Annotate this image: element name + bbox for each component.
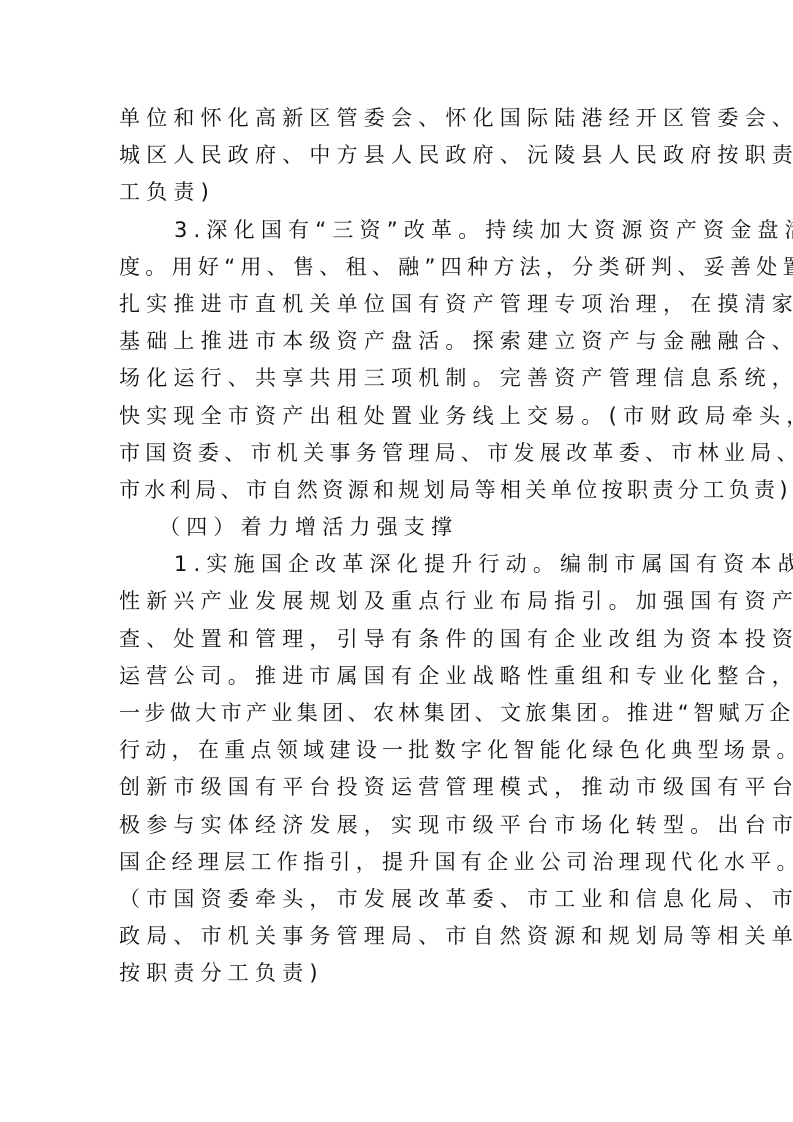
text-line: 基础上推进市本级资产盘活。探索建立资产与金融融合、市 bbox=[119, 323, 675, 360]
text-line: 运营公司。推进市属国有企业战略性重组和专业化整合，进 bbox=[119, 658, 675, 695]
text-line: 度。用好“用、售、租、融”四种方法，分类研判、妥善处置。 bbox=[119, 249, 675, 286]
text-line: 国企经理层工作指引，提升国有企业公司治理现代化水平。 bbox=[119, 844, 675, 881]
text-line: 市水利局、市自然资源和规划局等相关单位按职责分工负责) bbox=[119, 472, 675, 509]
text-line: 3.深化国有“三资”改革。持续加大资源资产资金盘活力 bbox=[119, 212, 675, 249]
text-line: 查、处置和管理，引导有条件的国有企业改组为资本投资和 bbox=[119, 621, 675, 658]
paragraph-item-3: 3.深化国有“三资”改革。持续加大资源资产资金盘活力 度。用好“用、售、租、融”… bbox=[119, 212, 675, 510]
text-line: 市国资委、市机关事务管理局、市发展改革委、市林业局、 bbox=[119, 435, 675, 472]
text-line: 创新市级国有平台投资运营管理模式，推动市级国有平台积 bbox=[119, 769, 675, 806]
paragraph-item-1: 1.实施国企改革深化提升行动。编制市属国有资本战略 性新兴产业发展规划及重点行业… bbox=[119, 546, 675, 992]
section-heading: （四）着力增活力强支撑 bbox=[119, 509, 675, 546]
text-line: 工负责) bbox=[119, 174, 675, 211]
paragraph-continuation: 单位和怀化高新区管委会、怀化国际陆港经开区管委会、鹤 城区人民政府、中方县人民政… bbox=[119, 100, 675, 212]
text-line: 按职责分工负责) bbox=[119, 955, 675, 992]
text-line: （市国资委牵头，市发展改革委、市工业和信息化局、市财 bbox=[119, 881, 675, 918]
text-line: 城区人民政府、中方县人民政府、沅陵县人民政府按职责分 bbox=[119, 137, 675, 174]
text-line: 单位和怀化高新区管委会、怀化国际陆港经开区管委会、鹤 bbox=[119, 100, 675, 137]
text-line: 1.实施国企改革深化提升行动。编制市属国有资本战略 bbox=[119, 546, 675, 583]
section-heading-text: （四）着力增活力强支撑 bbox=[119, 509, 675, 546]
text-line: 性新兴产业发展规划及重点行业布局指引。加强国有资产清 bbox=[119, 583, 675, 620]
text-line: 政局、市机关事务管理局、市自然资源和规划局等相关单位 bbox=[119, 918, 675, 955]
text-line: 行动，在重点领域建设一批数字化智能化绿色化典型场景。 bbox=[119, 732, 675, 769]
text-line: 场化运行、共享共用三项机制。完善资产管理信息系统，加 bbox=[119, 360, 675, 397]
text-line: 扎实推进市直机关单位国有资产管理专项治理，在摸清家底 bbox=[119, 286, 675, 323]
document-page: 单位和怀化高新区管委会、怀化国际陆港经开区管委会、鹤 城区人民政府、中方县人民政… bbox=[119, 100, 675, 993]
text-line: 极参与实体经济发展，实现市级平台市场化转型。出台市属 bbox=[119, 807, 675, 844]
text-line: 快实现全市资产出租处置业务线上交易。(市财政局牵头， bbox=[119, 398, 675, 435]
text-line: 一步做大市产业集团、农林集团、文旅集团。推进“智赋万企” bbox=[119, 695, 675, 732]
